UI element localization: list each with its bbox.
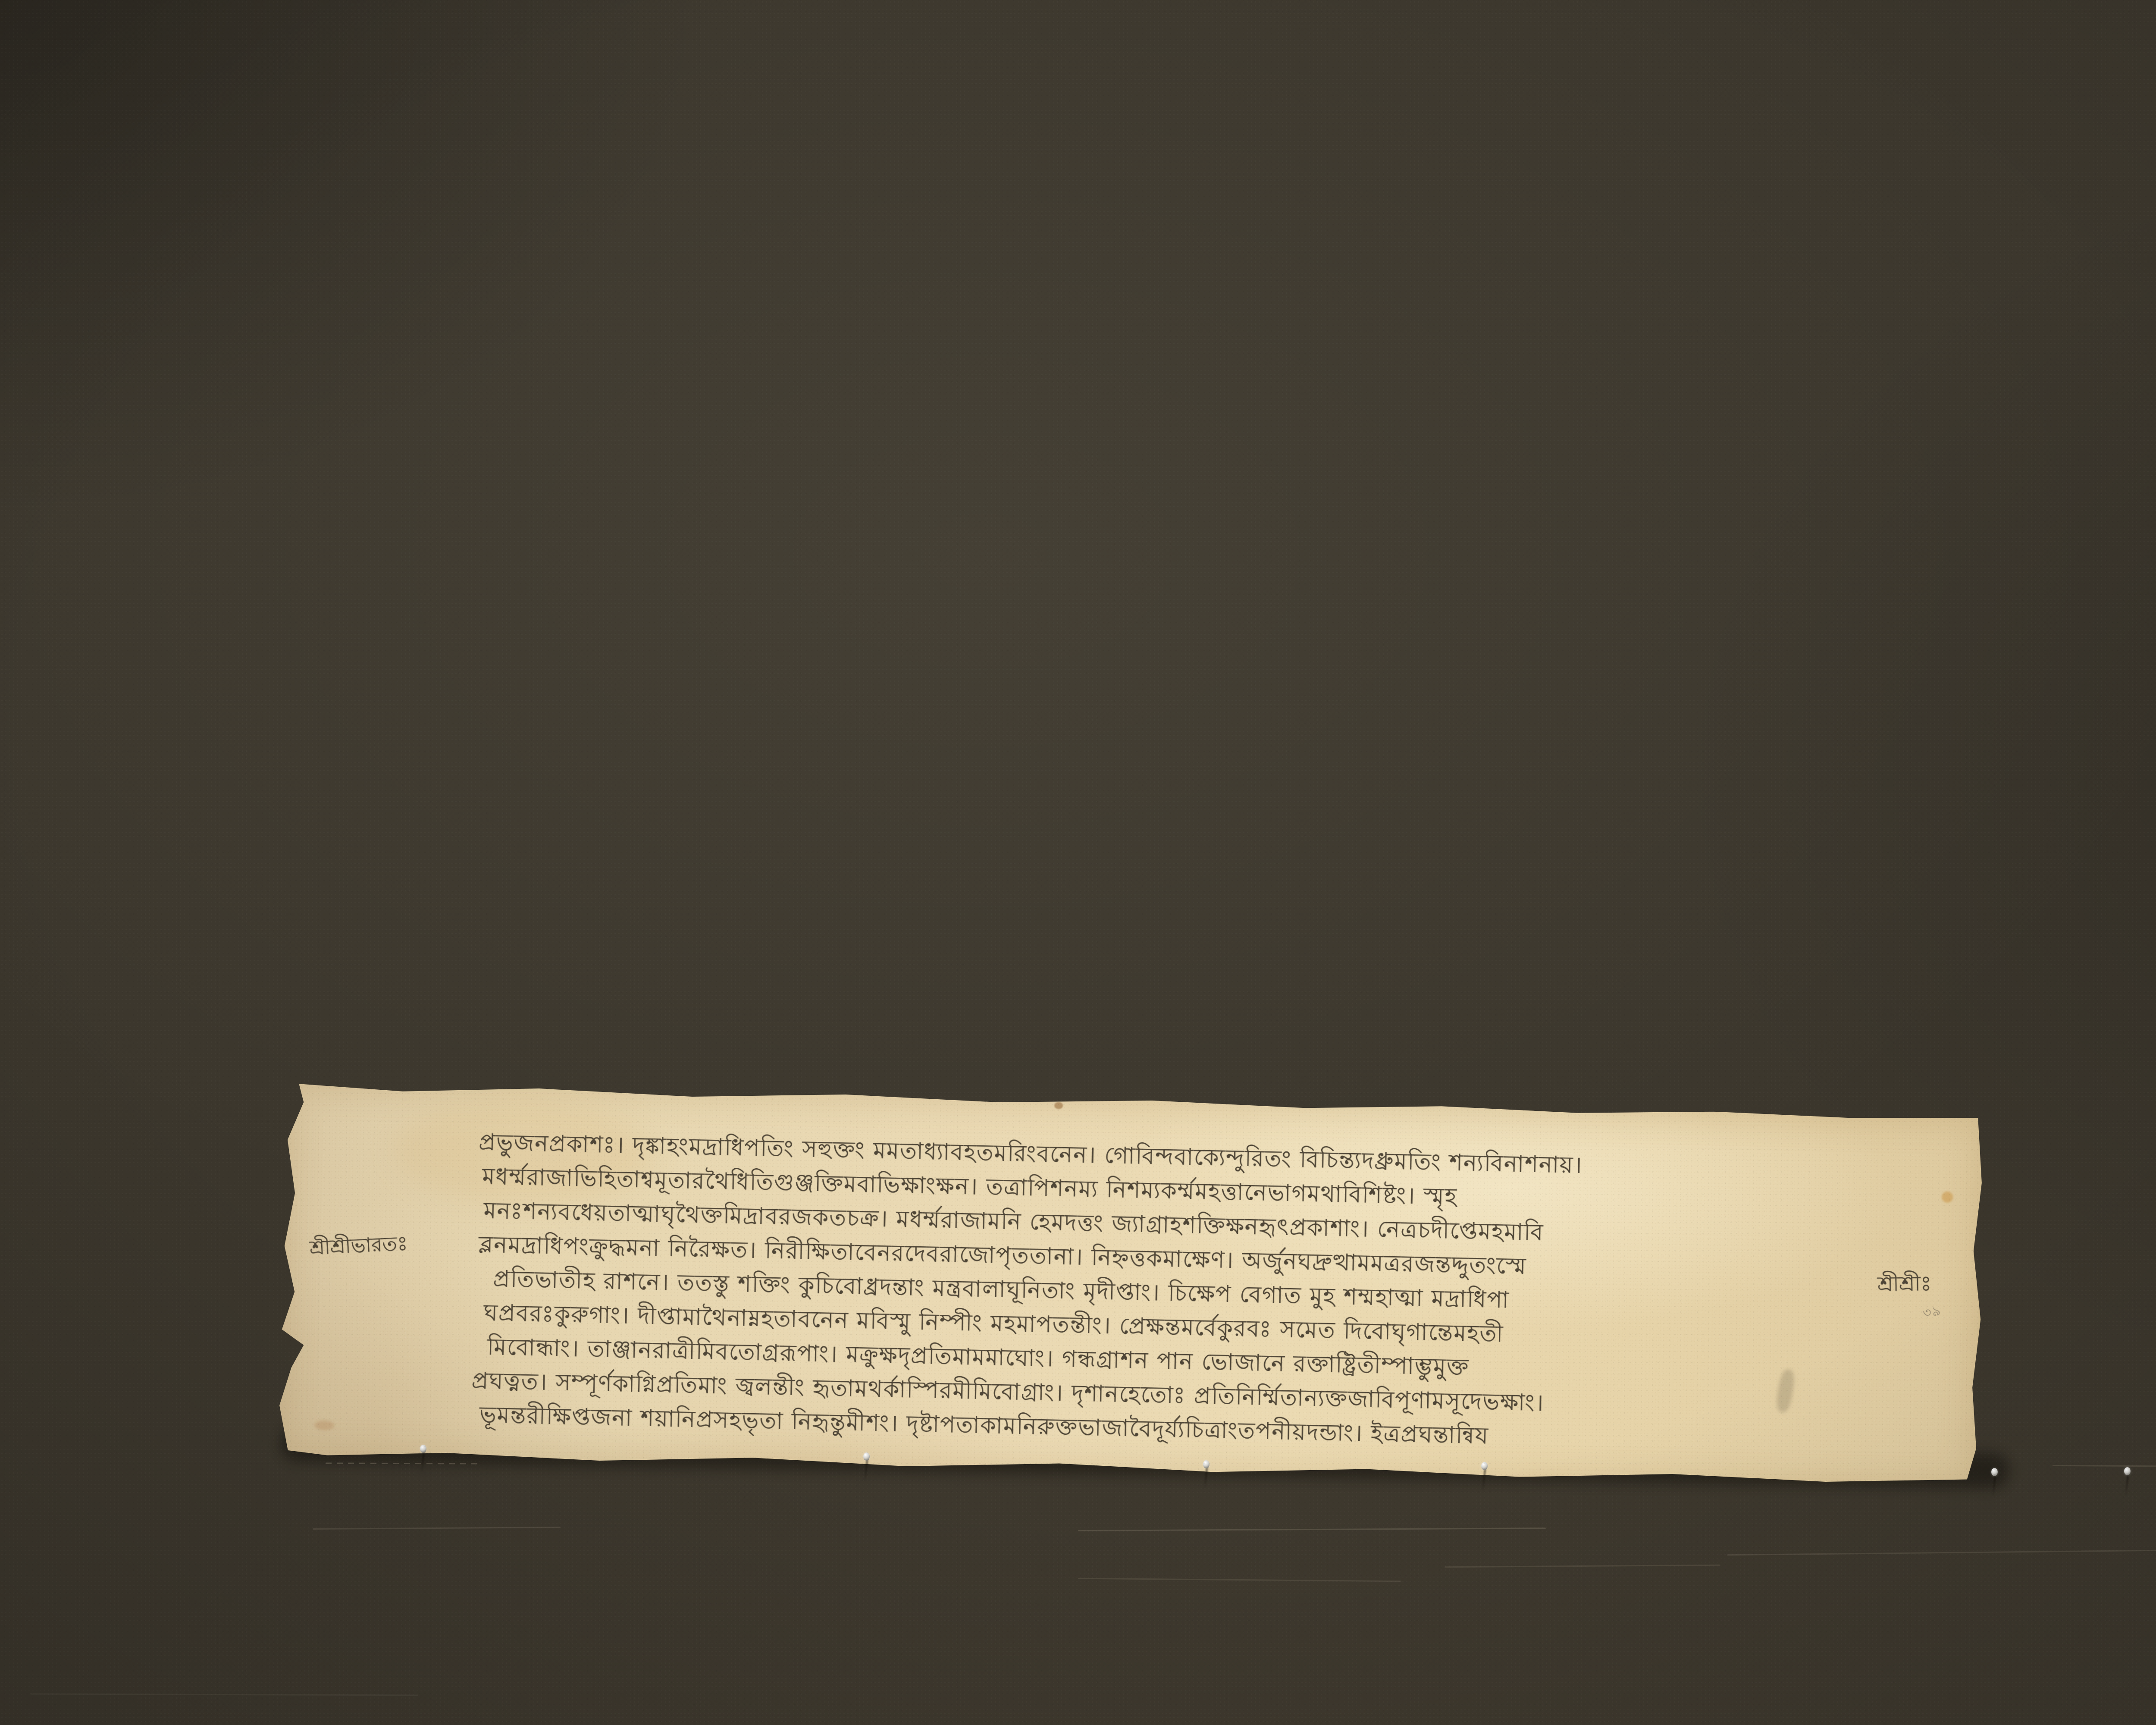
push-pin: [2124, 1467, 2131, 1476]
pin-head: [1991, 1468, 1998, 1476]
push-pin: [420, 1445, 427, 1453]
push-pin: [1991, 1468, 1998, 1477]
photo-backdrop-mat: শ্রীশ্রীভারতঃ শ্রীশ্রীঃ ৩৯ প্রভুজনপ্রকাশ…: [0, 0, 2156, 1725]
scratch-mark: [2053, 1465, 2156, 1467]
pin-head: [863, 1452, 870, 1461]
scratch-mark: [313, 1527, 561, 1530]
push-pin: [1203, 1460, 1210, 1469]
paper-stain: [1054, 1102, 1063, 1109]
scratch-mark: [1078, 1527, 1546, 1531]
pin-head: [2124, 1467, 2131, 1475]
pin-shadow: [2125, 1474, 2129, 1497]
manuscript-text-block: প্রভুজনপ্রকাশঃ। দৃঙ্কাহংমদ্রাধিপতিং সহুক…: [276, 1121, 1990, 1464]
push-pin: [863, 1452, 870, 1461]
manuscript-leaf: শ্রীশ্রীভারতঃ শ্রীশ্রীঃ ৩৯ প্রভুজনপ্রকাশ…: [276, 1079, 1987, 1494]
scratch-mark: [30, 1693, 418, 1696]
push-pin: [1481, 1462, 1488, 1471]
pin-head: [1203, 1460, 1210, 1468]
pin-head: [420, 1445, 426, 1453]
pin-head: [1481, 1462, 1488, 1470]
scratch-mark: [1445, 1565, 1720, 1568]
scratch-mark: [1727, 1549, 2156, 1556]
scratch-mark: [1078, 1578, 1401, 1582]
